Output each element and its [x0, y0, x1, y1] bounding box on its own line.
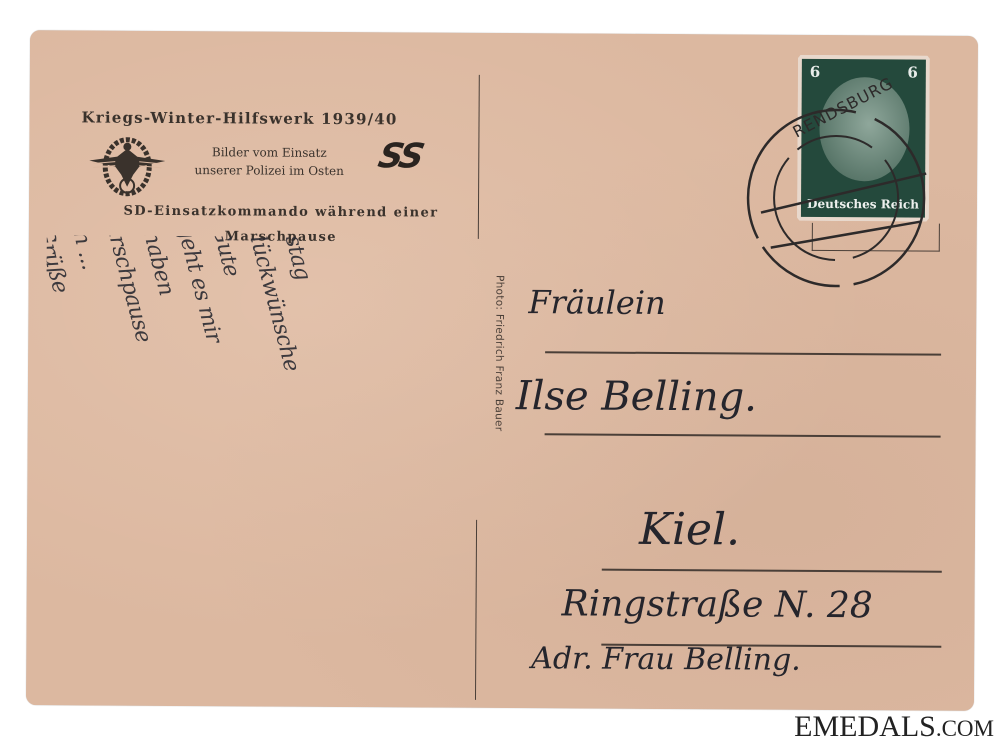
address-rule-1: [545, 351, 941, 355]
postcard: Kriegs-Winter-Hilfswerk 1939/40 Bilder v…: [26, 30, 978, 711]
address-line-3: Kiel.: [639, 504, 740, 556]
subtitle-line-2: unserer Polizei im Osten: [169, 161, 369, 180]
address-line-2: Ilse Belling.: [516, 373, 757, 420]
address-rule-2: [545, 433, 941, 437]
handwritten-message: Liebe Ilse,Zum Geburtstagherzliche Glück…: [44, 235, 477, 698]
caption-line-1: SD-Einsatzkommando während einer: [81, 198, 481, 225]
card-title: Kriegs-Winter-Hilfswerk 1939/40: [81, 108, 471, 128]
watermark-suffix: .COM: [936, 716, 994, 741]
police-eagle-emblem-icon: [87, 130, 167, 200]
rune-mark: SS: [371, 136, 431, 192]
address-line-4: Ringstraße N. 28: [561, 583, 872, 626]
stamp-country: Deutsches Reich: [801, 197, 925, 212]
address-line-1: Fräulein: [528, 283, 665, 322]
stamp-box-outline: [812, 223, 940, 252]
subtitle-line-1: Bilder vom Einsatz: [169, 143, 369, 162]
postage-stamp: 6 6 Deutsches Reich: [797, 55, 930, 222]
center-divider-bottom: [475, 520, 477, 700]
photo-credit: Photo: Friedrich Franz Bauer: [490, 275, 505, 475]
card-subtitle: Bilder vom Einsatz unserer Polizei im Os…: [169, 143, 369, 180]
address-line-5: Adr. Frau Belling.: [531, 641, 801, 678]
stamp-value-right: 6: [907, 63, 918, 81]
stamp-value-left: 6: [810, 63, 821, 81]
watermark-main: EMEDALS: [794, 710, 936, 743]
site-watermark: EMEDALS.COM: [794, 710, 994, 744]
address-rule-3: [602, 569, 942, 573]
